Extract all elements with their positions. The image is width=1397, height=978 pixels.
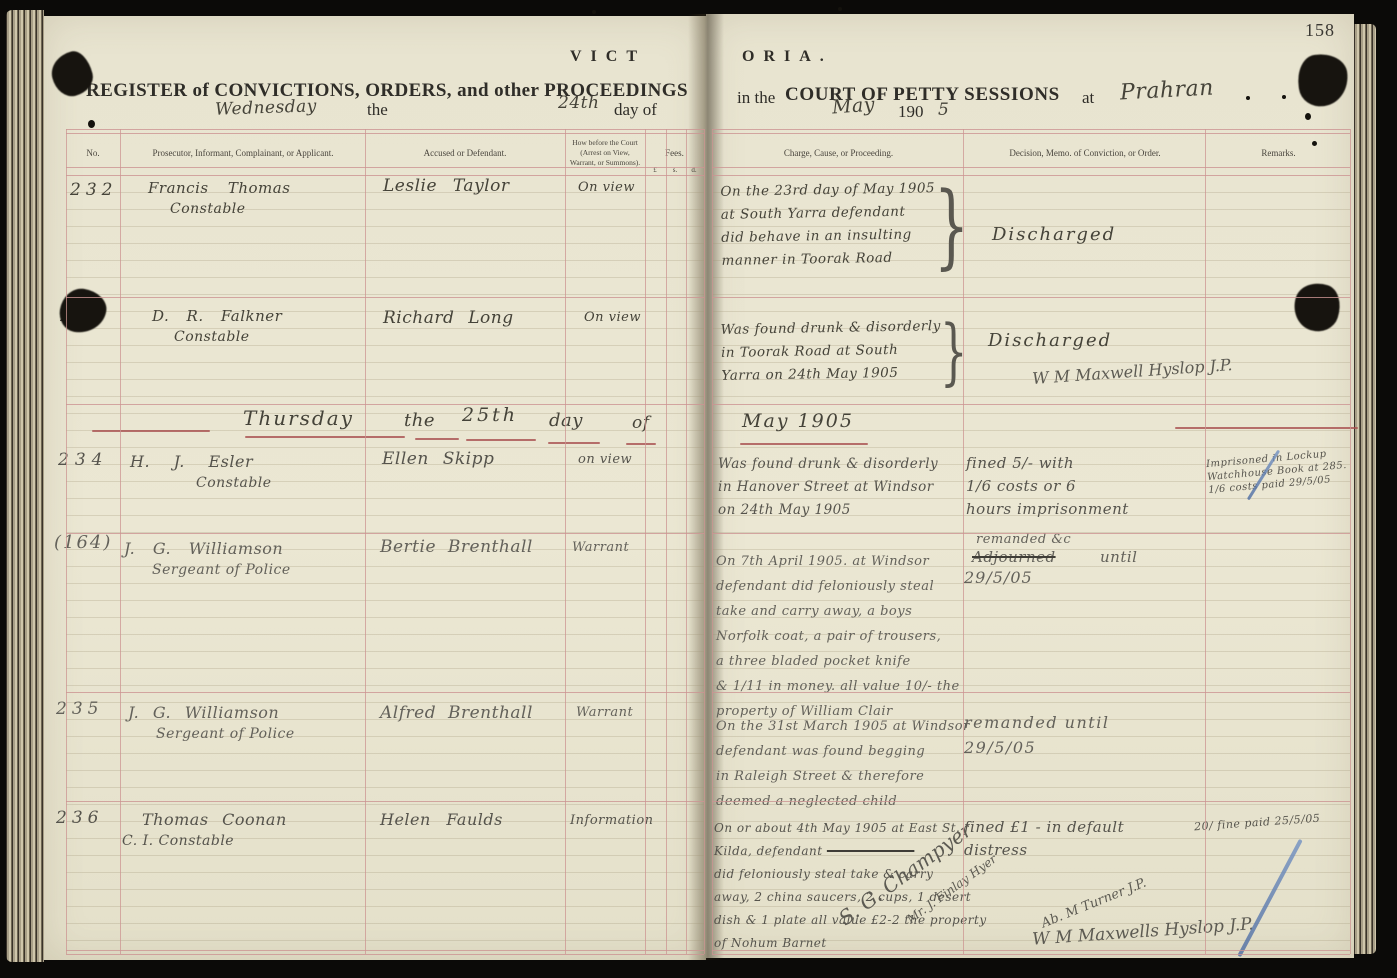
column-rule bbox=[1205, 129, 1206, 954]
row-232-charge: On the 23rd day of May 1905at South Yarr… bbox=[720, 177, 936, 273]
row-rule bbox=[66, 404, 704, 405]
row-rule bbox=[66, 175, 704, 176]
handwritten-line: & 1/11 in money. all value 10/- the bbox=[716, 674, 960, 699]
handwritten-line: On 7th April 1905. at Windsor bbox=[716, 549, 960, 574]
row-164-number: (164) bbox=[54, 532, 112, 553]
row-rule bbox=[712, 404, 1350, 405]
handwritten-line: manner in Toorak Road bbox=[721, 246, 936, 273]
column-rule bbox=[712, 129, 713, 954]
row-232-prosecutor-title: Constable bbox=[170, 201, 246, 217]
row-rule bbox=[712, 175, 1350, 176]
row-rule bbox=[712, 133, 1350, 134]
row-rule bbox=[712, 167, 1350, 168]
running-title-left: VICT bbox=[570, 48, 646, 66]
running-title-right: ORIA. bbox=[742, 48, 833, 66]
row-rule bbox=[66, 533, 704, 534]
column-rule bbox=[365, 129, 366, 954]
row-rule bbox=[66, 167, 704, 168]
row-233-decision: Discharged bbox=[988, 330, 1112, 351]
heading-underline bbox=[92, 430, 210, 432]
colhead-decision: Decision, Memo. of Conviction, or Order. bbox=[968, 148, 1202, 160]
row-rule bbox=[66, 801, 704, 802]
row-235-accused: Alfred Brenthall bbox=[380, 703, 533, 723]
row-164-prosecutor: J. G. Williamson bbox=[124, 539, 283, 558]
court-prefix: in the bbox=[737, 88, 775, 108]
ink-speck bbox=[1246, 96, 1250, 100]
heading-underline bbox=[245, 436, 405, 438]
row-235-number: 235 bbox=[56, 699, 103, 719]
ink-speck bbox=[592, 10, 596, 14]
row-234-prosecutor-title: Constable bbox=[196, 475, 272, 491]
row-233-how: On view bbox=[584, 310, 641, 325]
handwritten-line: fined £1 - in default bbox=[964, 816, 1124, 839]
row-164-how: Warrant bbox=[572, 540, 629, 555]
row-164-decision-until: until bbox=[1100, 548, 1137, 566]
court-location-handwritten: Prahran bbox=[1119, 76, 1214, 106]
row-rule bbox=[712, 129, 1350, 130]
handwritten-line: defendant was found begging bbox=[716, 739, 970, 764]
row-234-prosecutor: H. J. Esler bbox=[130, 452, 253, 471]
handwritten-line: did feloniously steal take & carry bbox=[714, 863, 987, 886]
row-235-prosecutor: J. G. Williamson bbox=[128, 703, 279, 722]
heading-of: of bbox=[632, 413, 650, 433]
handwritten-line: a three bladed pocket knife bbox=[716, 649, 960, 674]
row-rule bbox=[66, 692, 704, 693]
handwritten-line: did behave in an insulting bbox=[721, 223, 936, 250]
handwritten-line: hours imprisonment bbox=[966, 498, 1129, 521]
handwritten-line: fined 5/- with bbox=[966, 452, 1129, 475]
handwritten-line: remanded until bbox=[964, 710, 1109, 735]
handwritten-line: 29/5/05 bbox=[964, 735, 1109, 760]
ink-speck bbox=[1305, 113, 1311, 120]
row-164-decision-date: 29/5/05 bbox=[964, 568, 1033, 587]
handwritten-line: Was found drunk & disorderly bbox=[720, 315, 941, 342]
column-rule bbox=[120, 129, 121, 954]
row-236-accused: Helen Faulds bbox=[380, 810, 503, 829]
column-rule bbox=[704, 129, 705, 954]
row-236-prosecutor-title: C. I. Constable bbox=[122, 833, 234, 849]
row-rule bbox=[712, 801, 1350, 802]
handwritten-line: defendant did feloniously steal bbox=[716, 574, 960, 599]
handwritten-line: On the 31st March 1905 at Windsor bbox=[716, 714, 970, 739]
heading-thursday: Thursday bbox=[243, 406, 354, 430]
row-235-how: Warrant bbox=[576, 705, 633, 720]
row-rule bbox=[66, 954, 704, 955]
colhead-charge: Charge, Cause, or Proceeding. bbox=[717, 148, 960, 160]
handwritten-line: on 24th May 1905 bbox=[718, 499, 938, 522]
row-233-charge: Was found drunk & disorderlyin Toorak Ro… bbox=[720, 315, 941, 388]
month-handwritten: May bbox=[831, 94, 875, 119]
row-rule bbox=[66, 133, 704, 134]
colhead-accused: Accused or Defendant. bbox=[370, 148, 560, 160]
colhead-no: No. bbox=[68, 148, 118, 160]
row-235-decision: remanded until29/5/05 bbox=[964, 710, 1109, 760]
row-235-charge: On the 31st March 1905 at Windsordefenda… bbox=[716, 714, 970, 814]
row-236-number: 236 bbox=[56, 808, 103, 828]
row-236-how: Information bbox=[570, 813, 654, 828]
column-rule bbox=[565, 129, 566, 954]
handwritten-line: 1/6 costs or 6 bbox=[966, 475, 1129, 498]
row-233-prosecutor: D. R. Falkner bbox=[152, 307, 282, 325]
colhead-prosecutor: Prosecutor, Informant, Complainant, or A… bbox=[125, 148, 361, 160]
row-rule bbox=[66, 950, 704, 951]
row-234-charge: Was found drunk & disorderlyin Hanover S… bbox=[718, 453, 938, 522]
court-at: at bbox=[1082, 88, 1094, 108]
column-rule bbox=[686, 129, 687, 954]
row-234-decision: fined 5/- with1/6 costs or 6hours impris… bbox=[966, 452, 1129, 521]
row-rule bbox=[66, 297, 704, 298]
ink-speck bbox=[1312, 141, 1317, 146]
row-234-accused: Ellen Skipp bbox=[382, 449, 494, 469]
heading-underline bbox=[1175, 427, 1358, 429]
date-the-printed: the bbox=[367, 100, 388, 120]
heading-underline bbox=[548, 442, 600, 444]
page-edges-right bbox=[1354, 24, 1376, 954]
heading-underline bbox=[626, 443, 656, 445]
ink-speck bbox=[838, 7, 842, 11]
ink-speck bbox=[1282, 95, 1286, 99]
row-rule bbox=[712, 692, 1350, 693]
year-digit-handwritten: 5 bbox=[938, 100, 949, 120]
column-rule bbox=[645, 129, 646, 954]
colhead-fees: Fees. bbox=[647, 148, 702, 160]
colhead-how-before-court: How before the Court (Arrest on View, Wa… bbox=[567, 138, 643, 167]
handwritten-line: Norfolk coat, a pair of trousers, bbox=[716, 624, 960, 649]
colhead-remarks: Remarks. bbox=[1210, 148, 1347, 160]
row-233-prosecutor-title: Constable bbox=[174, 329, 250, 345]
ink-speck bbox=[88, 120, 95, 128]
row-164-decision-inserted: remanded &c bbox=[976, 532, 1071, 547]
handwritten-line: in Hanover Street at Windsor bbox=[718, 476, 938, 499]
row-rule bbox=[712, 954, 1350, 955]
heading-underline bbox=[415, 438, 459, 440]
heading-daynum: 25th bbox=[462, 404, 518, 426]
row-rule bbox=[712, 533, 1350, 534]
handwritten-line: of Nohum Barnet bbox=[714, 932, 987, 955]
row-233-accused: Richard Long bbox=[383, 308, 514, 328]
page-edges-left bbox=[6, 10, 44, 962]
heading-underline bbox=[740, 443, 868, 445]
column-rule bbox=[666, 129, 667, 954]
row-234-how: on view bbox=[578, 452, 632, 467]
row-164-prosecutor-title: Sergeant of Police bbox=[152, 562, 291, 578]
row-164-accused: Bertie Brenthall bbox=[380, 537, 533, 557]
handwritten-line: Yarra on 24th May 1905 bbox=[721, 361, 942, 388]
row-235-prosecutor-title: Sergeant of Police bbox=[156, 726, 295, 742]
row-rule bbox=[712, 950, 1350, 951]
year-printed: 190 bbox=[898, 102, 924, 122]
handwritten-line: in Raleigh Street & therefore bbox=[716, 764, 970, 789]
column-rule bbox=[1350, 129, 1351, 954]
heading-underline bbox=[466, 439, 536, 441]
heading-the: the bbox=[404, 410, 435, 431]
handwritten-line: Was found drunk & disorderly bbox=[718, 453, 938, 476]
row-232-decision: Discharged bbox=[992, 224, 1116, 245]
row-232-accused: Leslie Taylor bbox=[383, 176, 509, 196]
row-rule bbox=[66, 129, 704, 130]
row-232-number: 232 bbox=[70, 180, 117, 200]
page-number: 158 bbox=[1305, 20, 1335, 41]
row-232-how: On view bbox=[578, 180, 635, 195]
register-book-photo: 158 VICT ORIA. REGISTER of CONVICTIONS, … bbox=[0, 0, 1397, 978]
row-164-charge: On 7th April 1905. at Windsordefendant d… bbox=[716, 549, 960, 724]
row-236-struck-words: ——————— bbox=[827, 844, 915, 858]
column-rule bbox=[963, 129, 964, 954]
row-rule bbox=[712, 297, 1350, 298]
date-daynum-handwritten: 24th bbox=[558, 93, 599, 113]
date-dayof-printed: day of bbox=[614, 100, 657, 120]
row-236-prosecutor: Thomas Coonan bbox=[142, 810, 287, 829]
handwritten-line: take and carry away, a boys bbox=[716, 599, 960, 624]
heading-month-year: May 1905 bbox=[742, 410, 854, 432]
date-weekday-handwritten: Wednesday bbox=[215, 96, 318, 120]
column-rule bbox=[66, 129, 67, 954]
row-164-decision-struck: Adjourned bbox=[972, 548, 1056, 566]
row-232-prosecutor: Francis Thomas bbox=[148, 179, 290, 197]
